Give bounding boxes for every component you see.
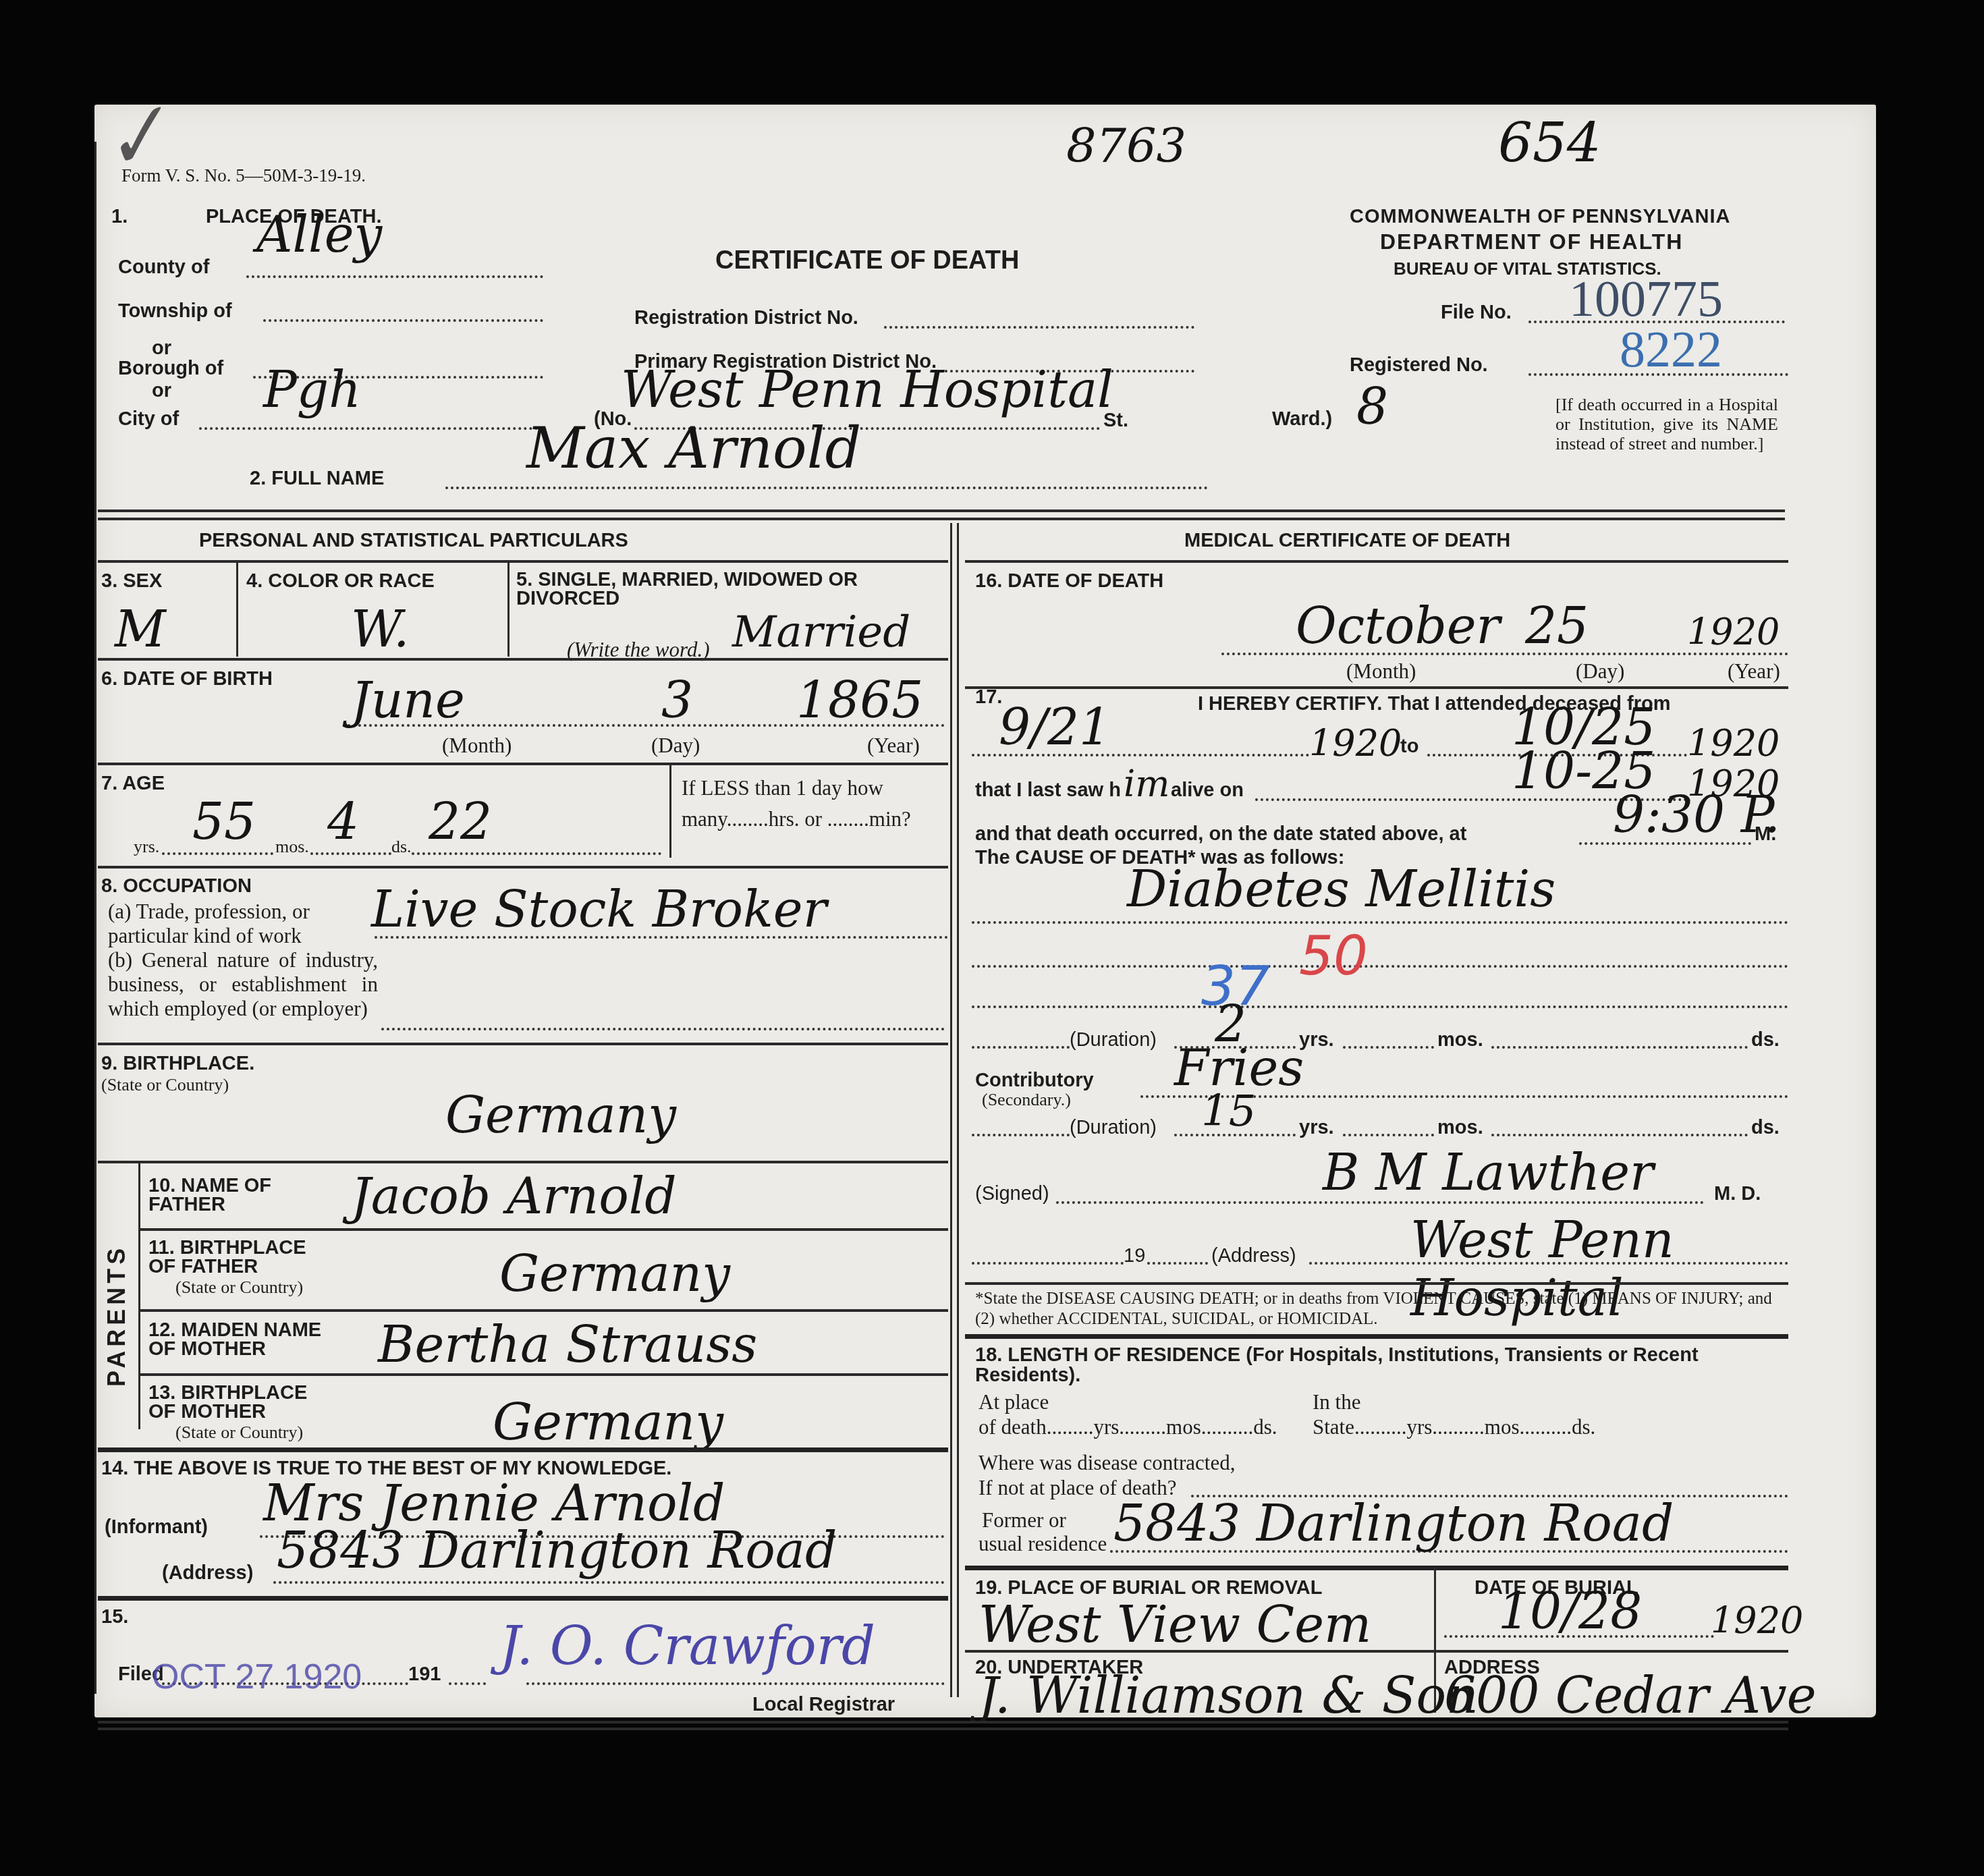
occupation-a-label: (a) Trade, profession, or particular kin… bbox=[108, 900, 371, 948]
dob-month: June bbox=[351, 671, 465, 729]
issuer-line-2: DEPARTMENT OF HEALTH bbox=[1380, 229, 1683, 254]
contributory-months-line bbox=[1343, 1134, 1434, 1136]
separator bbox=[98, 658, 948, 661]
center-divider bbox=[950, 523, 952, 1697]
cause-value: Diabetes Mellitis bbox=[1127, 860, 1555, 918]
mother-maiden-value: Bertha Strauss bbox=[378, 1316, 757, 1374]
medical-heading: MEDICAL CERTIFICATE OF DEATH bbox=[1184, 530, 1510, 552]
signed-label: (Signed) bbox=[975, 1183, 1049, 1205]
duration-line bbox=[972, 1046, 1070, 1049]
city-value: Pgh bbox=[263, 361, 361, 419]
cause-line-2 bbox=[972, 965, 1788, 968]
annotation-2: 654 bbox=[1498, 111, 1601, 174]
informant-address-line bbox=[273, 1581, 945, 1584]
day-caption: (Day) bbox=[651, 734, 700, 758]
borough-label: Borough of bbox=[118, 358, 223, 380]
divider bbox=[507, 562, 509, 657]
race-value: W. bbox=[351, 601, 410, 659]
township-field-line bbox=[263, 319, 543, 322]
burial-place-value: West View Cem bbox=[979, 1596, 1371, 1654]
mos-label: mos. bbox=[1437, 1117, 1483, 1139]
marital-value: Married bbox=[732, 607, 910, 657]
filed-date-stamp: OCT 27 1920 bbox=[152, 1657, 362, 1697]
state-or-country-label: (State or Country) bbox=[175, 1423, 303, 1443]
separator bbox=[98, 518, 1785, 520]
yrs-label: yrs. bbox=[134, 837, 159, 857]
registration-district-line bbox=[884, 326, 1194, 329]
father-birthplace-value: Germany bbox=[499, 1245, 730, 1303]
last-saw-text: that I last saw h bbox=[975, 779, 1121, 802]
file-no-label: File No. bbox=[1441, 302, 1512, 324]
secondary-label: (Secondary.) bbox=[982, 1090, 1071, 1110]
ds-label: ds. bbox=[1751, 1029, 1780, 1051]
contributory-label: Contributory bbox=[975, 1070, 1094, 1092]
age-months-line bbox=[310, 852, 391, 855]
month-caption: (Month) bbox=[1346, 659, 1416, 684]
day-caption: (Day) bbox=[1576, 659, 1624, 684]
separator bbox=[965, 1650, 1788, 1653]
ds-label: ds. bbox=[391, 837, 412, 857]
father-name-value: Jacob Arnold bbox=[351, 1167, 677, 1225]
yrs-label: yrs. bbox=[1299, 1029, 1334, 1051]
occupation-b-label: (b) General nature of industry, business… bbox=[108, 948, 378, 1021]
informant-address-value: 5843 Darlington Road bbox=[277, 1522, 837, 1580]
dod-year: 1920 bbox=[1687, 611, 1780, 653]
alive-on-label: alive on bbox=[1171, 779, 1244, 802]
dob-year: 1865 bbox=[796, 671, 923, 729]
personal-heading: PERSONAL AND STATISTICAL PARTICULARS bbox=[199, 530, 628, 552]
industry-line bbox=[381, 1028, 945, 1030]
separator bbox=[98, 560, 948, 563]
yrs-label: yrs. bbox=[1299, 1117, 1334, 1139]
less-than-day-note: If LESS than 1 day how many........hrs. … bbox=[682, 773, 945, 835]
dob-label: 6. DATE OF BIRTH bbox=[101, 668, 273, 690]
age-days-value: 22 bbox=[429, 793, 492, 851]
separator bbox=[965, 1282, 1788, 1285]
contributory-duration-years: 15 bbox=[1201, 1086, 1256, 1136]
left-border bbox=[94, 142, 97, 1694]
code-red: 50 bbox=[1299, 925, 1368, 987]
township-label: Township of bbox=[118, 300, 232, 323]
parents-label: PARENTS bbox=[103, 1244, 131, 1387]
state-or-country-label: (State or Country) bbox=[175, 1277, 303, 1298]
birthplace-label: 9. BIRTHPLACE. bbox=[101, 1053, 254, 1075]
separator bbox=[98, 1161, 948, 1163]
to-label: to bbox=[1400, 736, 1418, 758]
filed-year-line bbox=[449, 1682, 486, 1685]
full-name-value: Max Arnold bbox=[526, 415, 861, 481]
mos-label: mos. bbox=[275, 837, 309, 857]
separator bbox=[98, 1043, 948, 1045]
death-certificate: ✓ 8763 654 Form V. S. No. 5—50M-3-19-19.… bbox=[94, 105, 1876, 1717]
county-label: County of bbox=[118, 256, 209, 279]
where-contracted-label: Where was disease contracted, bbox=[979, 1451, 1235, 1475]
file-no-value: 100775 bbox=[1569, 270, 1723, 329]
city-field-line bbox=[199, 427, 543, 430]
full-name-line bbox=[445, 487, 1208, 489]
registrar-line bbox=[526, 1682, 945, 1685]
mother-birthplace-value: Germany bbox=[493, 1394, 723, 1452]
sign-year-prefix: 19 bbox=[1124, 1245, 1145, 1267]
separator bbox=[98, 866, 948, 868]
duration-line bbox=[972, 1134, 1070, 1136]
birthplace-value: Germany bbox=[445, 1086, 676, 1144]
dod-day: 25 bbox=[1525, 597, 1589, 655]
form-number: Form V. S. No. 5—50M-3-19-19. bbox=[121, 165, 366, 186]
age-years-line bbox=[162, 852, 273, 855]
duration-label: (Duration) bbox=[1070, 1117, 1157, 1139]
age-months-value: 4 bbox=[327, 793, 359, 851]
item-15-label: 15. bbox=[101, 1606, 128, 1628]
separator bbox=[98, 1721, 1788, 1723]
physician-address-label: (Address) bbox=[1211, 1245, 1296, 1267]
separator bbox=[98, 1728, 1788, 1730]
age-label: 7. AGE bbox=[101, 773, 165, 795]
sign-date-line bbox=[972, 1262, 1124, 1265]
dob-day: 3 bbox=[661, 671, 693, 729]
of-death-duration: of death.........yrs.........mos........… bbox=[979, 1415, 1277, 1439]
city-label: City of bbox=[118, 408, 179, 431]
cause-line-1 bbox=[972, 921, 1788, 924]
dod-label: 16. DATE OF DEATH bbox=[975, 570, 1163, 592]
ds-label: ds. bbox=[1751, 1117, 1780, 1139]
meridiem-label: M. bbox=[1755, 823, 1776, 846]
race-label: 4. COLOR OR RACE bbox=[246, 570, 435, 592]
occupation-value: Live Stock Broker bbox=[371, 881, 827, 939]
separator bbox=[98, 1596, 948, 1601]
usual-residence-label: usual residence bbox=[979, 1532, 1107, 1556]
attended-from-year: 1920 bbox=[1309, 722, 1402, 765]
certificate-title: CERTIFICATE OF DEATH bbox=[715, 246, 1019, 275]
separator bbox=[965, 1334, 1788, 1339]
sign-year-line bbox=[1147, 1262, 1208, 1265]
father-name-label: 10. NAME OF FATHER bbox=[148, 1176, 310, 1214]
hospital-value: West Penn Hospital bbox=[621, 361, 1113, 419]
age-years-value: 55 bbox=[192, 793, 256, 851]
duration-label: (Duration) bbox=[1070, 1029, 1157, 1051]
mother-birthplace-label: 13. BIRTHPLACE OF MOTHER bbox=[148, 1383, 324, 1421]
undertaker-value: J. Williamson & Son bbox=[979, 1667, 1479, 1725]
cause-line-3 bbox=[972, 1005, 1788, 1008]
county-field-line bbox=[246, 275, 543, 278]
or-label: or bbox=[152, 380, 171, 402]
separator bbox=[98, 763, 948, 765]
separator bbox=[965, 560, 1788, 563]
father-birthplace-label: 11. BIRTHPLACE OF FATHER bbox=[148, 1238, 324, 1276]
parents-divider bbox=[138, 1163, 140, 1429]
year-caption: (Year) bbox=[1728, 659, 1780, 684]
usual-residence-value: 5843 Darlington Road bbox=[1113, 1495, 1674, 1553]
state-or-country-label: (State or Country) bbox=[101, 1075, 229, 1095]
dod-month: October bbox=[1296, 597, 1500, 655]
marital-label: 5. SINGLE, MARRIED, WIDOWED OR DIVORCED bbox=[516, 570, 948, 608]
ward-value: 8 bbox=[1356, 378, 1388, 436]
issuer-line-1: COMMONWEALTH OF PENNSYLVANIA bbox=[1350, 206, 1730, 228]
separator bbox=[965, 686, 1788, 689]
registered-no-value: 8222 bbox=[1620, 321, 1722, 379]
item-1-label: 1. bbox=[111, 206, 128, 228]
informant-label: (Informant) bbox=[105, 1516, 208, 1539]
informant-address-label: (Address) bbox=[162, 1562, 253, 1584]
separator bbox=[140, 1373, 948, 1376]
separator bbox=[98, 1447, 948, 1452]
residence-label: 18. LENGTH OF RESIDENCE (For Hospitals, … bbox=[975, 1345, 1788, 1385]
physician-signature: B M Lawther bbox=[1323, 1144, 1653, 1202]
filed-year-prefix: 191 bbox=[408, 1663, 441, 1686]
separator bbox=[140, 1228, 948, 1231]
mother-maiden-label: 12. MAIDEN NAME OF MOTHER bbox=[148, 1321, 351, 1358]
duration-months-line bbox=[1343, 1046, 1434, 1049]
age-days-line bbox=[412, 852, 661, 855]
attended-to-year: 1920 bbox=[1687, 722, 1780, 765]
last-saw-pronoun: im bbox=[1124, 763, 1169, 805]
full-name-label: 2. FULL NAME bbox=[250, 468, 384, 490]
hospital-note: [If death occurred in a Hospital or Inst… bbox=[1555, 395, 1778, 453]
registrar-signature: J. O. Crawford bbox=[499, 1616, 875, 1677]
registration-district-label: Registration District No. bbox=[634, 307, 858, 329]
attended-from-value: 9/21 bbox=[999, 698, 1111, 756]
registered-no-label: Registered No. bbox=[1350, 354, 1488, 377]
duration-days-line bbox=[1491, 1046, 1748, 1049]
separator bbox=[965, 1566, 1788, 1570]
county-value: Alley bbox=[256, 206, 382, 264]
year-caption: (Year) bbox=[867, 734, 920, 758]
at-place-label: At place bbox=[979, 1390, 1049, 1414]
md-label: M. D. bbox=[1714, 1183, 1761, 1205]
or-label: or bbox=[152, 337, 171, 360]
contributory-days-line bbox=[1491, 1134, 1748, 1136]
in-state-duration: State..........yrs..........mos.........… bbox=[1313, 1415, 1595, 1439]
ward-label: Ward.) bbox=[1272, 408, 1332, 431]
separator bbox=[98, 509, 1785, 512]
former-label: Former or bbox=[982, 1508, 1066, 1533]
divider bbox=[236, 562, 238, 657]
divider bbox=[669, 765, 671, 858]
registrar-label: Local Registrar bbox=[752, 1694, 895, 1716]
annotation-1: 8763 bbox=[1066, 118, 1186, 173]
month-caption: (Month) bbox=[442, 734, 512, 758]
cause-footnote: *State the DISEASE CAUSING DEATH; or in … bbox=[975, 1289, 1785, 1329]
sex-value: M bbox=[115, 601, 166, 659]
burial-date-year: 1920 bbox=[1711, 1599, 1803, 1642]
occupation-label: 8. OCCUPATION bbox=[101, 875, 252, 898]
mos-label: mos. bbox=[1437, 1029, 1483, 1051]
separator bbox=[140, 1309, 948, 1312]
undertaker-address-value: 600 Cedar Ave bbox=[1444, 1667, 1817, 1725]
in-the-label: In the bbox=[1313, 1390, 1360, 1414]
sex-label: 3. SEX bbox=[101, 570, 162, 592]
death-time-text: and that death occurred, on the date sta… bbox=[975, 823, 1466, 846]
burial-date-value: 10/28 bbox=[1498, 1582, 1642, 1640]
